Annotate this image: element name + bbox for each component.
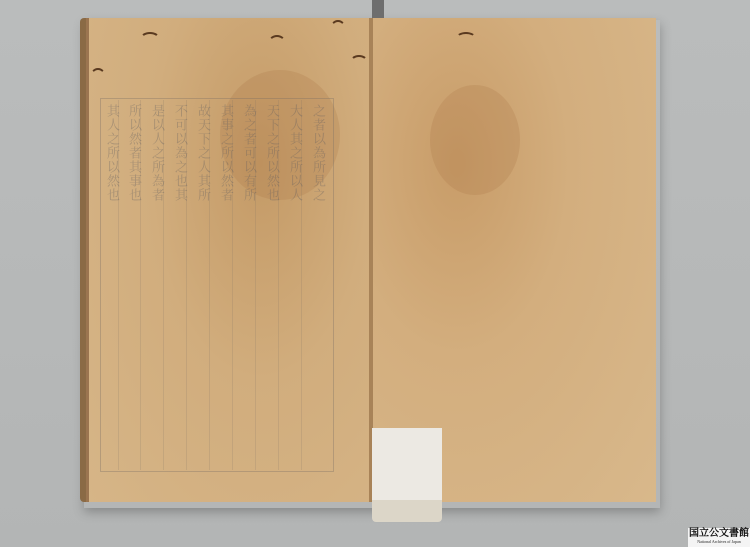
ghost-text-column: 其事之所以然者 <box>218 104 234 202</box>
archive-watermark: 国立公文書館 National Archives of Japan <box>688 528 750 547</box>
ghost-text-column: 大人其之所以人 <box>287 104 303 202</box>
spine-top-shadow <box>372 0 384 18</box>
ghost-text-column: 故天下之人其所 <box>195 104 211 202</box>
worm-hole <box>350 55 368 69</box>
ghost-text-column: 之者以為所見之 <box>310 104 326 202</box>
paper-slip <box>372 428 442 500</box>
watermark-english: National Archives of Japan <box>688 539 750 545</box>
worm-hole <box>456 32 476 44</box>
ghost-text-column: 天下之所以然也 <box>264 104 280 202</box>
worm-hole <box>268 35 286 51</box>
worm-hole <box>90 68 106 86</box>
ghost-text-column: 其人之所以然也 <box>104 104 120 202</box>
ghost-text-column: 所以然者其事也 <box>126 104 142 202</box>
ghost-text-column: 不可以為之也其 <box>172 104 188 202</box>
worm-hole <box>330 20 346 38</box>
water-stain <box>430 85 520 195</box>
ghost-text-column: 是以人之所為者 <box>149 104 165 202</box>
ghost-text-column: 為之者可以有所 <box>241 104 257 202</box>
watermark-japanese: 国立公文書館 <box>688 528 750 539</box>
worm-hole <box>140 32 160 46</box>
paper-slip-fold <box>372 500 442 522</box>
